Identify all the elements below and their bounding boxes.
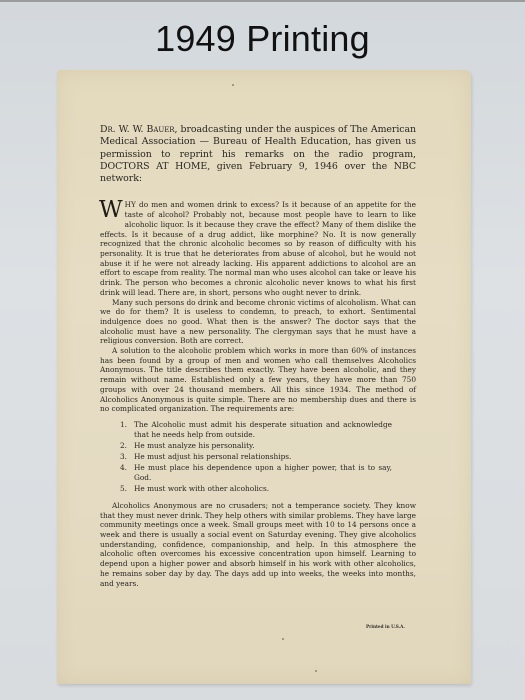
requirement-item: 3.He must adjust his personal relationsh…	[120, 452, 392, 462]
requirement-text: He must adjust his personal relationship…	[134, 452, 392, 462]
requirement-number: 3.	[120, 452, 134, 462]
drop-cap: W	[99, 201, 123, 220]
requirement-text: He must work with other alcoholics.	[134, 484, 392, 494]
speaker-title: Dr.	[100, 124, 116, 135]
requirement-number: 2.	[120, 441, 134, 451]
paragraph-2: Many such persons do drink and become ch…	[100, 298, 416, 347]
requirement-number: 4.	[120, 463, 134, 482]
paragraph-1: WHY do men and women drink to excess? Is…	[100, 200, 416, 297]
paper-speck	[315, 670, 317, 672]
paragraph-1-text: do men and women drink to excess? Is it …	[100, 200, 416, 296]
requirement-text: He must place his dependence upon a high…	[134, 463, 392, 482]
requirement-item: 5.He must work with other alcoholics.	[120, 484, 392, 494]
requirement-number: 1.	[120, 420, 134, 439]
document-body: Dr. W. W. Bauer, broadcasting under the …	[100, 124, 416, 588]
photo-caption: 1949 Printing	[0, 18, 525, 60]
requirement-text: He must analyze his personality.	[134, 441, 392, 451]
intro-paragraph: Dr. W. W. Bauer, broadcasting under the …	[100, 124, 416, 185]
article-body: WHY do men and women drink to excess? Is…	[100, 200, 416, 588]
paragraph-4: Alcoholics Anonymous are no crusaders; n…	[100, 501, 416, 588]
top-border	[0, 0, 525, 2]
speaker-name: W. W. Bauer	[116, 124, 175, 135]
requirements-list: 1.The Alcoholic must admit his desperate…	[120, 420, 392, 494]
requirement-item: 2.He must analyze his personality.	[120, 441, 392, 451]
requirement-text: The Alcoholic must admit his desperate s…	[134, 420, 392, 439]
requirement-item: 1.The Alcoholic must admit his desperate…	[120, 420, 392, 439]
requirement-number: 5.	[120, 484, 134, 494]
requirement-item: 4.He must place his dependence upon a hi…	[120, 463, 392, 482]
paper-speck	[232, 84, 234, 86]
paragraph-1-lead: HY	[125, 200, 136, 209]
printed-in-note: Printed in U.S.A.	[366, 624, 405, 629]
paragraph-3: A solution to the alcoholic problem whic…	[100, 346, 416, 414]
faint-stamp-mark	[248, 626, 270, 632]
paper-speck	[282, 638, 284, 640]
